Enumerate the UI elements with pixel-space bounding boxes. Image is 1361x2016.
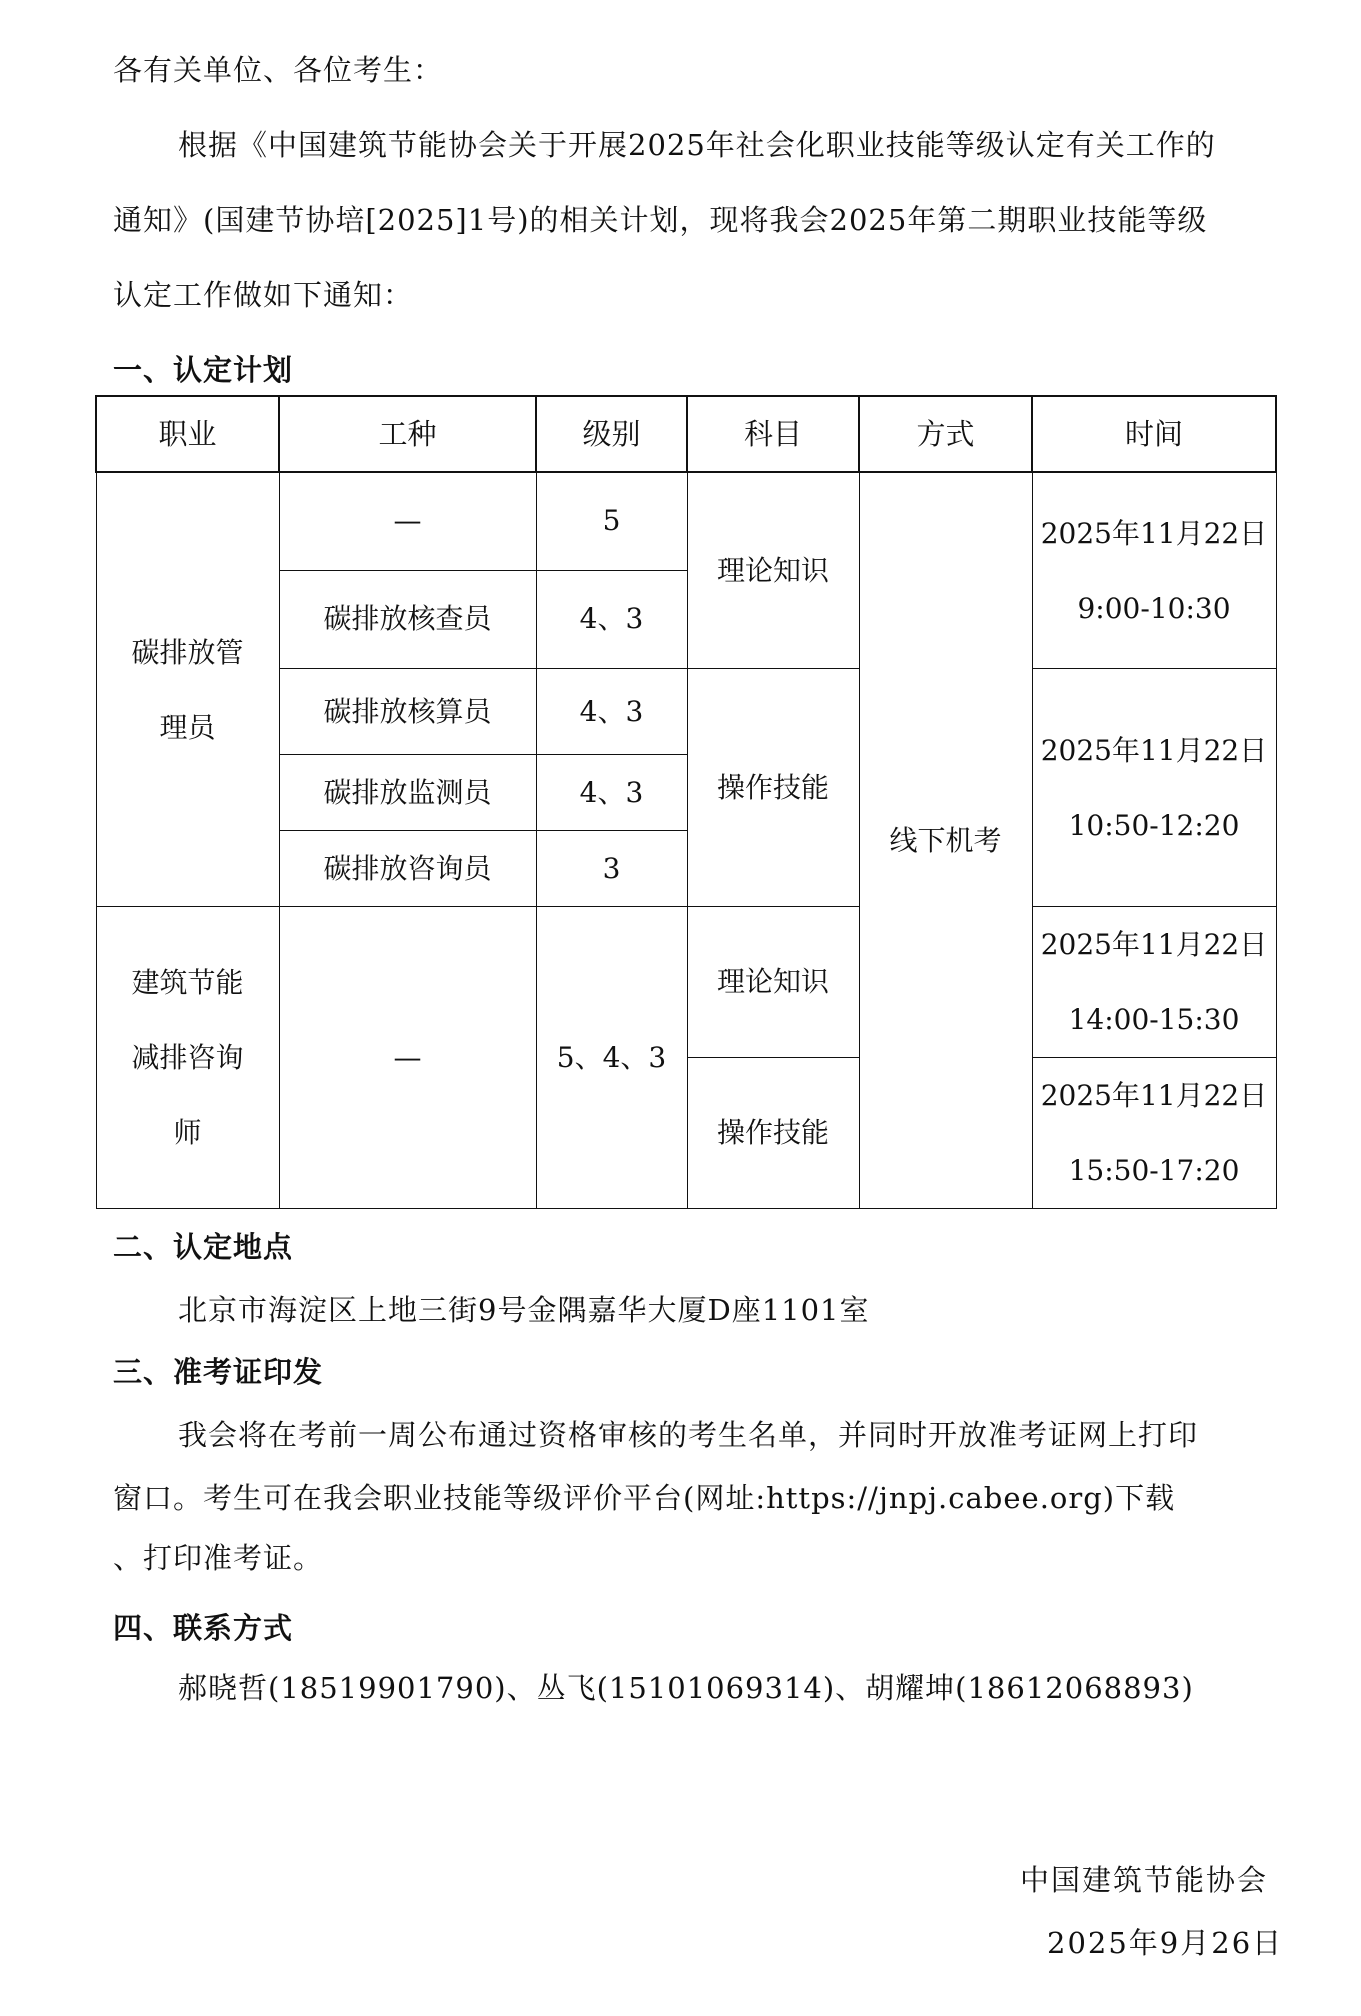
level-cell: 5 bbox=[536, 472, 687, 570]
admission-line-3: 、打印准考证。 bbox=[113, 1538, 323, 1578]
level-cell: 4、3 bbox=[536, 669, 687, 755]
signature-organization: 中国建筑节能协会 bbox=[1020, 1858, 1268, 1899]
job-type-cell: — bbox=[279, 472, 536, 570]
exam-address: 北京市海淀区上地三街9号金隅嘉华大厦D座1101室 bbox=[178, 1290, 870, 1330]
header-job-type: 工种 bbox=[279, 396, 536, 472]
occupation-carbon-manager: 碳排放管 理员 bbox=[96, 472, 279, 907]
time-cell: 2025年11月22日 10:50-12:20 bbox=[1032, 669, 1276, 907]
job-type-cell: 碳排放核查员 bbox=[279, 570, 536, 668]
intro-line-3: 认定工作做如下通知： bbox=[113, 275, 413, 315]
method-cell: 线下机考 bbox=[859, 472, 1032, 1209]
salutation: 各有关单位、各位考生： bbox=[113, 50, 443, 90]
header-time: 时间 bbox=[1032, 396, 1276, 472]
table-row: 碳排放管 理员 — 5 理论知识 线下机考 2025年11月22日 9:00-1… bbox=[96, 472, 1276, 570]
job-type-cell: 碳排放监测员 bbox=[279, 755, 536, 831]
job-type-cell: 碳排放核算员 bbox=[279, 669, 536, 755]
signature-date: 2025年9月26日 bbox=[1047, 1921, 1283, 1962]
level-cell: 4、3 bbox=[536, 755, 687, 831]
time-cell: 2025年11月22日 9:00-10:30 bbox=[1032, 472, 1276, 669]
section-heading-admission-ticket: 三、准考证印发 bbox=[113, 1352, 323, 1392]
time-cell: 2025年11月22日 15:50-17:20 bbox=[1032, 1058, 1276, 1209]
subject-cell: 理论知识 bbox=[687, 907, 859, 1058]
subject-cell: 理论知识 bbox=[687, 472, 859, 669]
level-cell: 4、3 bbox=[536, 570, 687, 668]
time-cell: 2025年11月22日 14:00-15:30 bbox=[1032, 907, 1276, 1058]
header-subject: 科目 bbox=[687, 396, 859, 472]
level-cell: 3 bbox=[536, 831, 687, 907]
certification-plan-table: 职业 工种 级别 科目 方式 时间 碳排放管 理员 — 5 理论知识 线下机考 … bbox=[95, 395, 1277, 1209]
section-heading-location: 二、认定地点 bbox=[113, 1227, 293, 1267]
intro-line-2: 通知》(国建节协培[2025]1号)的相关计划，现将我会2025年第二期职业技能… bbox=[113, 200, 1207, 240]
job-type-cell: 碳排放咨询员 bbox=[279, 831, 536, 907]
table-row: 建筑节能 减排咨询 师 — 5、4、3 理论知识 2025年11月22日 14:… bbox=[96, 907, 1276, 1058]
job-type-cell: — bbox=[279, 907, 536, 1209]
header-occupation: 职业 bbox=[96, 396, 279, 472]
header-method: 方式 bbox=[859, 396, 1032, 472]
occupation-building-energy-consultant: 建筑节能 减排咨询 师 bbox=[96, 907, 279, 1209]
intro-line-1: 根据《中国建筑节能协会关于开展2025年社会化职业技能等级认定有关工作的 bbox=[178, 125, 1216, 165]
subject-cell: 操作技能 bbox=[687, 669, 859, 907]
level-cell: 5、4、3 bbox=[536, 907, 687, 1209]
section-heading-plan: 一、认定计划 bbox=[113, 350, 293, 390]
admission-line-2: 窗口。考生可在我会职业技能等级评价平台(网址:https://jnpj.cabe… bbox=[113, 1478, 1175, 1518]
section-heading-contact: 四、联系方式 bbox=[113, 1608, 293, 1648]
header-level: 级别 bbox=[536, 396, 687, 472]
subject-cell: 操作技能 bbox=[687, 1058, 859, 1209]
table-header-row: 职业 工种 级别 科目 方式 时间 bbox=[96, 396, 1276, 472]
admission-line-1: 我会将在考前一周公布通过资格审核的考生名单，并同时开放准考证网上打印 bbox=[178, 1415, 1198, 1455]
contact-list: 郝晓哲(18519901790)、丛飞(15101069314)、胡耀坤(186… bbox=[178, 1668, 1194, 1708]
